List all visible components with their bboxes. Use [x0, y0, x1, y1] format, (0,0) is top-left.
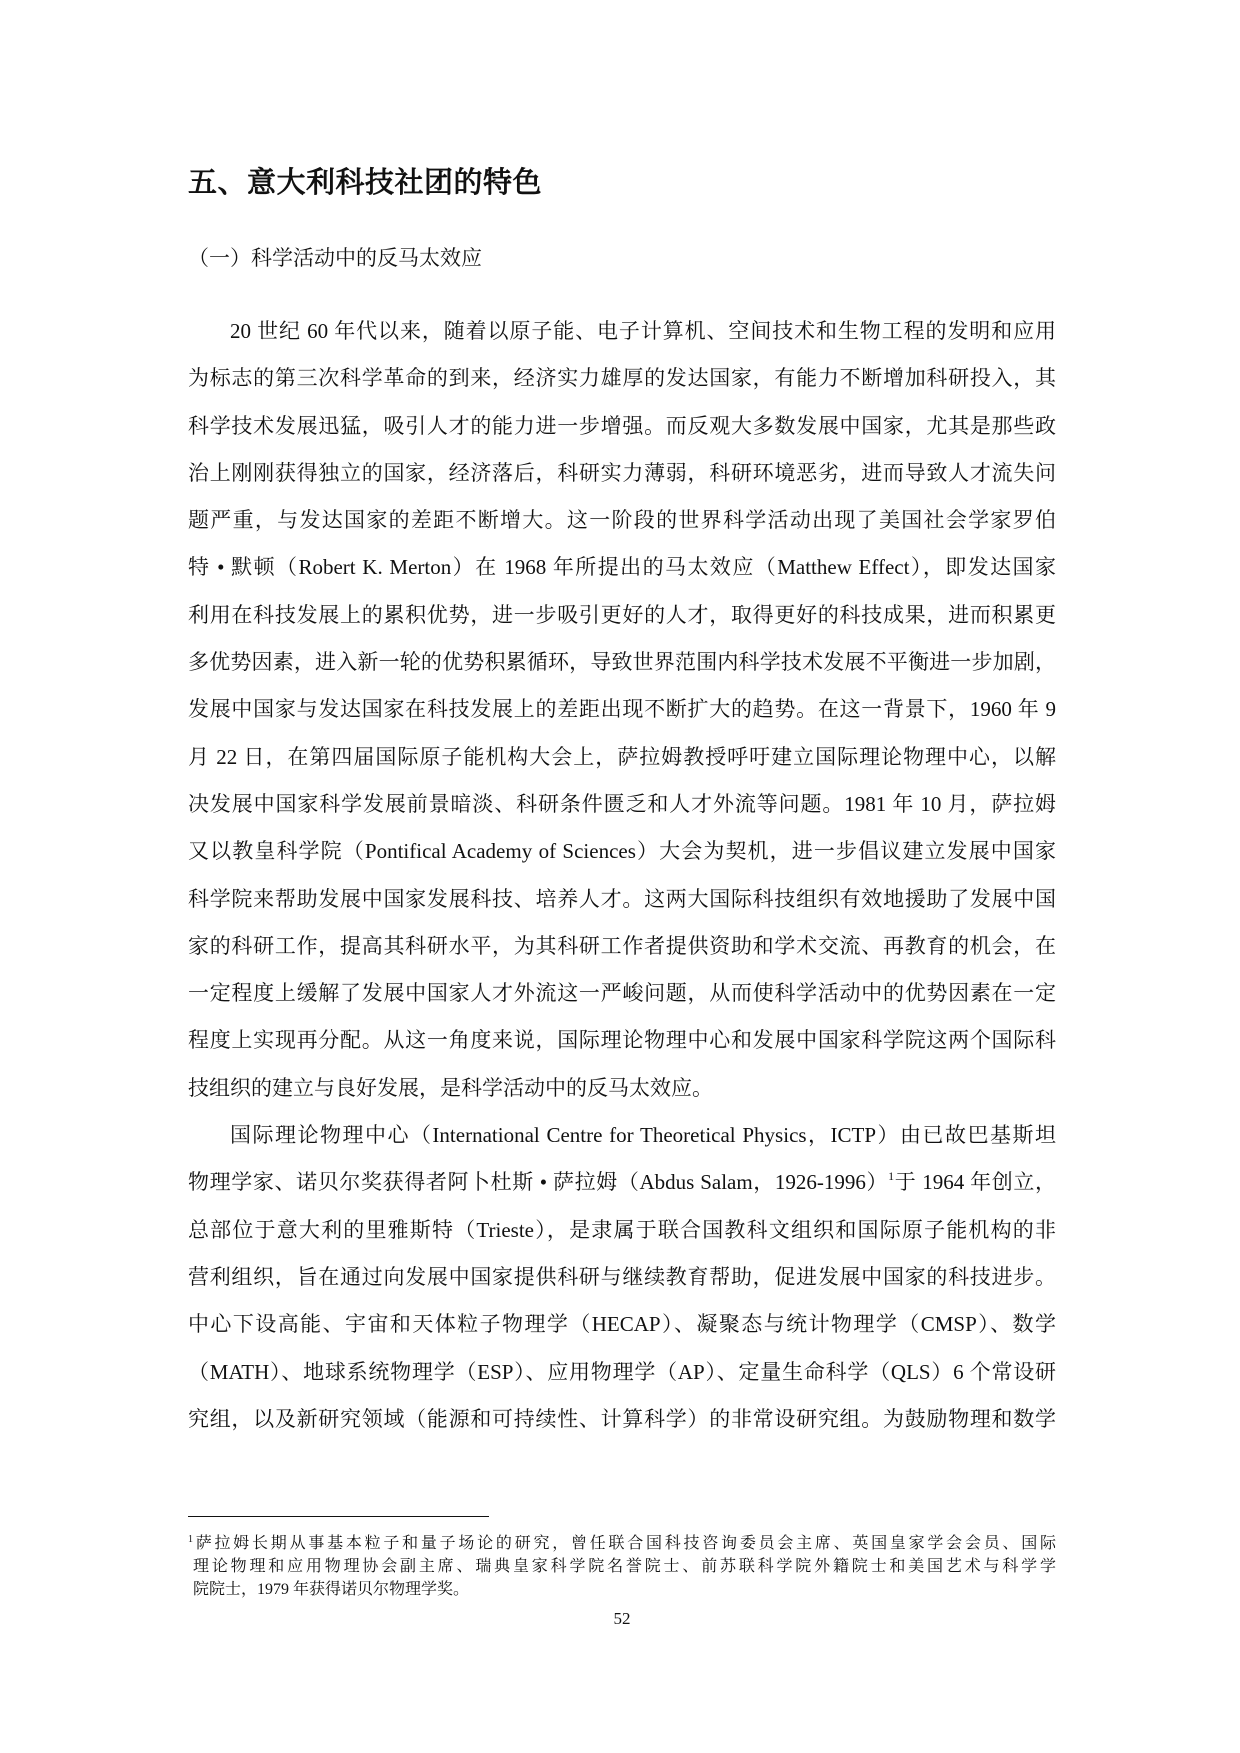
footnote-line: 理论物理和应用物理协会副主席、瑞典皇家科学院名誉院士、前苏联科学院外籍院士和美国… [188, 1555, 1056, 1578]
paragraph-line: 月 22 日，在第四届国际原子能机构大会上，萨拉姆教授呼吁建立国际理论物理中心，… [188, 734, 1056, 781]
paragraph-line: 决发展中国家科学发展前景暗淡、科研条件匮乏和人才外流等问题。1981 年 10 … [188, 781, 1056, 828]
paragraph-line: 技组织的建立与良好发展，是科学活动中的反马太效应。 [188, 1065, 1056, 1112]
paragraph-line: 多优势因素，进入新一轮的优势积累循环，导致世界范围内科学技术发展不平衡进一步加剧… [188, 639, 1056, 686]
paragraph-line: 究组，以及新研究领域（能源和可持续性、计算科学）的非常设研究组。为鼓励物理和数学 [188, 1396, 1056, 1443]
paragraph-line-text: 于 1964 年创立， [894, 1170, 1056, 1194]
paragraph-line-with-footnote: 物理学家、诺贝尔奖获得者阿卜杜斯 • 萨拉姆（Abdus Salam，1926-… [188, 1159, 1056, 1206]
paragraph-line: 营利组织，旨在通过向发展中国家提供科研与继续教育帮助，促进发展中国家的科技进步。 [188, 1254, 1056, 1301]
footnote-separator [188, 1516, 489, 1517]
footnote-line: 1萨拉姆长期从事基本粒子和量子场论的研究，曾任联合国科技咨询委员会主席、英国皇家… [188, 1532, 1056, 1555]
footnote-line: 院院士，1979 年获得诺贝尔物理学奖。 [188, 1578, 1056, 1601]
paragraph-line: 治上刚刚获得独立的国家，经济落后，科研实力薄弱，科研环境恶劣，进而导致人才流失问 [188, 450, 1056, 497]
paragraph-anti-matthew-effect: 20 世纪 60 年代以来，随着以原子能、电子计算机、空间技术和生物工程的发明和… [188, 308, 1056, 1112]
footnote-text: 萨拉姆长期从事基本粒子和量子场论的研究，曾任联合国科技咨询委员会主席、英国皇家学… [193, 1535, 1056, 1552]
subsection-title: （一）科学活动中的反马太效应 [188, 243, 482, 273]
paragraph-line: 为标志的第三次科学革命的到来，经济实力雄厚的发达国家，有能力不断增加科研投入，其 [188, 355, 1056, 402]
page-number: 52 [188, 1607, 1056, 1631]
paragraph-line: 程度上实现再分配。从这一角度来说，国际理论物理中心和发展中国家科学院这两个国际科 [188, 1017, 1056, 1064]
paragraph-line: 特 • 默顿（Robert K. Merton）在 1968 年所提出的马太效应… [188, 544, 1056, 591]
paragraph-line: 科学技术发展迅猛，吸引人才的能力进一步增强。而反观大多数发展中国家，尤其是那些政 [188, 403, 1056, 450]
paragraph-line: （MATH）、地球系统物理学（ESP）、应用物理学（AP）、定量生命科学（QLS… [188, 1349, 1056, 1396]
paragraph-line: 利用在科技发展上的累积优势，进一步吸引更好的人才，取得更好的科技成果，进而积累更 [188, 592, 1056, 639]
section-title: 五、意大利科技社团的特色 [188, 162, 542, 202]
paragraph-line: 20 世纪 60 年代以来，随着以原子能、电子计算机、空间技术和生物工程的发明和… [188, 308, 1056, 355]
paragraph-line: 科学院来帮助发展中国家发展科技、培养人才。这两大国际科技组织有效地援助了发展中国 [188, 876, 1056, 923]
footnote: 1萨拉姆长期从事基本粒子和量子场论的研究，曾任联合国科技咨询委员会主席、英国皇家… [188, 1532, 1056, 1601]
paragraph-line: 又以教皇科学院（Pontifical Academy of Sciences）大… [188, 828, 1056, 875]
paragraph-line: 一定程度上缓解了发展中国家人才外流这一严峻问题，从而使科学活动中的优势因素在一定 [188, 970, 1056, 1017]
paragraph-line: 发展中国家与发达国家在科技发展上的差距出现不断扩大的趋势。在这一背景下，1960… [188, 686, 1056, 733]
paragraph-ictp: 国际理论物理中心（International Centre for Theore… [188, 1112, 1056, 1443]
paragraph-line: 国际理论物理中心（International Centre for Theore… [188, 1112, 1056, 1159]
paragraph-line: 家的科研工作，提高其科研水平，为其科研工作者提供资助和学术交流、再教育的机会，在 [188, 923, 1056, 970]
body-text: 20 世纪 60 年代以来，随着以原子能、电子计算机、空间技术和生物工程的发明和… [188, 308, 1056, 1443]
paragraph-line-text: 物理学家、诺贝尔奖获得者阿卜杜斯 • 萨拉姆（Abdus Salam，1926-… [188, 1170, 888, 1194]
paragraph-line: 中心下设高能、宇宙和天体粒子物理学（HECAP）、凝聚态与统计物理学（CMSP）… [188, 1301, 1056, 1348]
paragraph-line: 题严重，与发达国家的差距不断增大。这一阶段的世界科学活动出现了美国社会学家罗伯 [188, 497, 1056, 544]
paragraph-line: 总部位于意大利的里雅斯特（Trieste），是隶属于联合国教科文组织和国际原子能… [188, 1207, 1056, 1254]
